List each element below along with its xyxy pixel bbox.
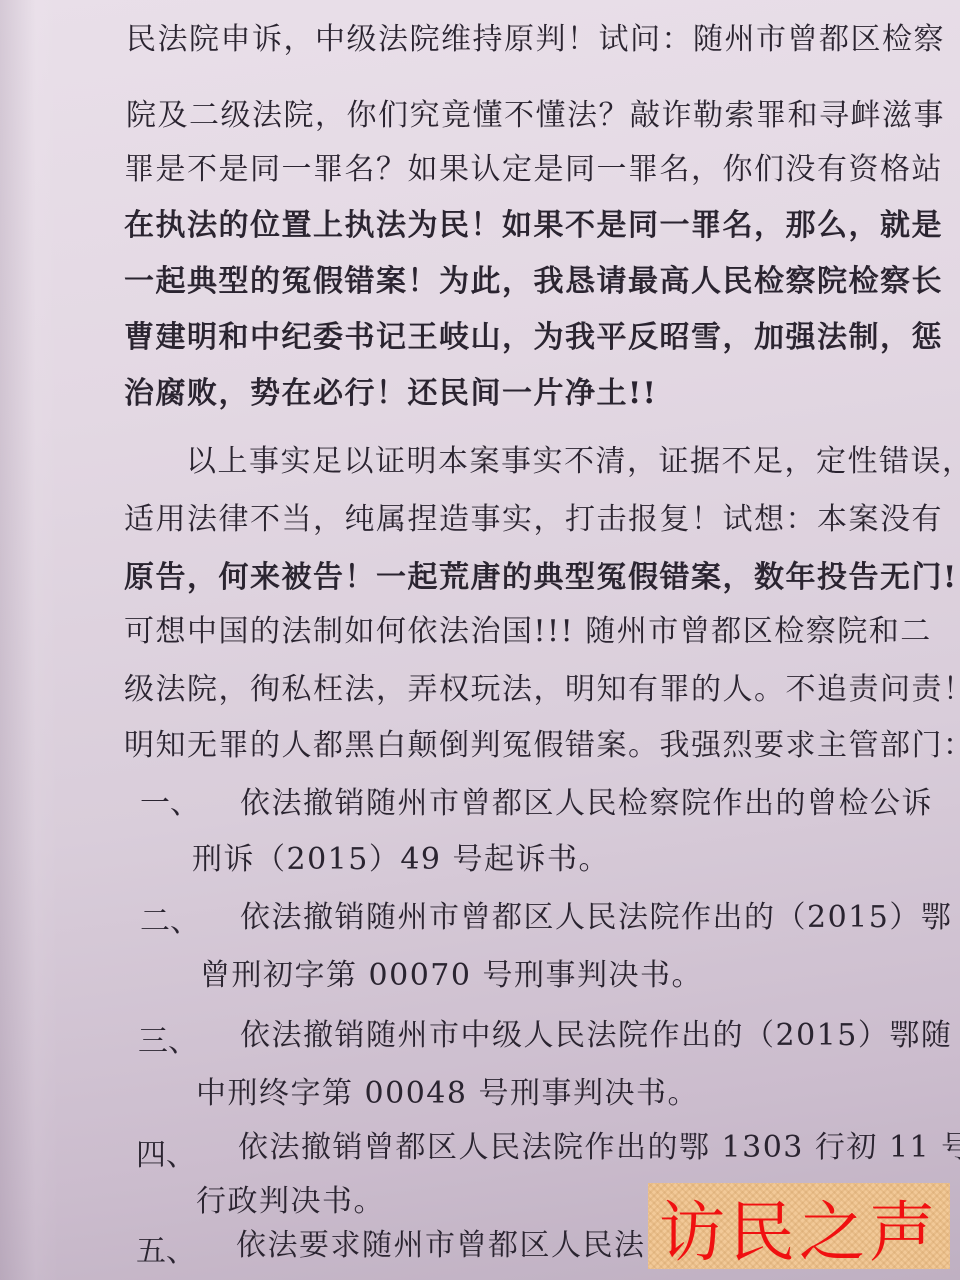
text-line: 级法院，徇私枉法，弄权玩法，明知有罪的人。不追责问责！ — [124, 672, 960, 708]
text-line: 依法撤销随州市曾都区人民检察院作出的曾检公诉 — [240, 786, 933, 822]
text-line: 行政判决书。 — [196, 1184, 385, 1220]
text-line: 以上事实足以证明本案事实不清，证据不足，定性错误， — [186, 444, 960, 480]
watermark-text: 访民之声 — [659, 1179, 939, 1274]
text-line: 依法要求随州市曾都区人民法院 — [236, 1228, 677, 1264]
text-line: 可想中国的法制如何依法治国!!! 随州市曾都区检察院和二 — [124, 614, 932, 650]
text-line: 治腐败，势在必行！还民间一片净土!! — [124, 376, 657, 412]
list-marker: 五、 — [136, 1234, 196, 1270]
text-line: 依法撤销曾都区人民法院作出的鄂 1303 行初 11 号 — [238, 1130, 960, 1166]
text-line: 依法撤销随州市曾都区人民法院作出的（2015）鄂 — [240, 900, 952, 936]
list-marker: 一、 — [140, 786, 200, 822]
text-line: 在执法的位置上执法为民！如果不是同一罪名，那么，就是 — [124, 208, 943, 244]
text-line: 适用法律不当，纯属捏造事实，打击报复！试想：本案没有 — [124, 502, 943, 538]
list-marker: 三、 — [138, 1024, 198, 1060]
text-line: 明知无罪的人都黑白颠倒判冤假错案。我强烈要求主管部门： — [124, 728, 960, 764]
text-line: 曾刑初字第 00070 号刑事判决书。 — [200, 958, 703, 994]
text-line: 民法院申诉，中级法院维持原判！试问：随州市曾都区检察 — [126, 22, 945, 58]
list-marker: 二、 — [140, 904, 200, 940]
text-line: 刑诉（2015）49 号起诉书。 — [192, 842, 610, 878]
text-line: 一起典型的冤假错案！为此，我恳请最高人民检察院检察长 — [124, 264, 943, 300]
list-marker: 四、 — [136, 1138, 196, 1174]
text-line: 院及二级法院，你们究竟懂不懂法？敲诈勒索罪和寻衅滋事 — [126, 98, 945, 134]
watermark-badge: 访民之声 — [648, 1183, 950, 1269]
document-page: 民法院申诉，中级法院维持原判！试问：随州市曾都区检察 院及二级法院，你们究竟懂不… — [0, 0, 960, 1280]
text-line: 曹建明和中纪委书记王岐山，为我平反昭雪，加强法制，惩 — [124, 320, 943, 356]
text-line: 依法撤销随州市中级人民法院作出的（2015）鄂随 — [240, 1018, 952, 1054]
text-line: 罪是不是同一罪名？如果认定是同一罪名，你们没有资格站 — [124, 152, 943, 188]
text-line: 中刑终字第 00048 号刑事判决书。 — [196, 1076, 699, 1112]
text-line: 原告，何来被告！一起荒唐的典型冤假错案，数年投告无门!! — [124, 560, 960, 596]
